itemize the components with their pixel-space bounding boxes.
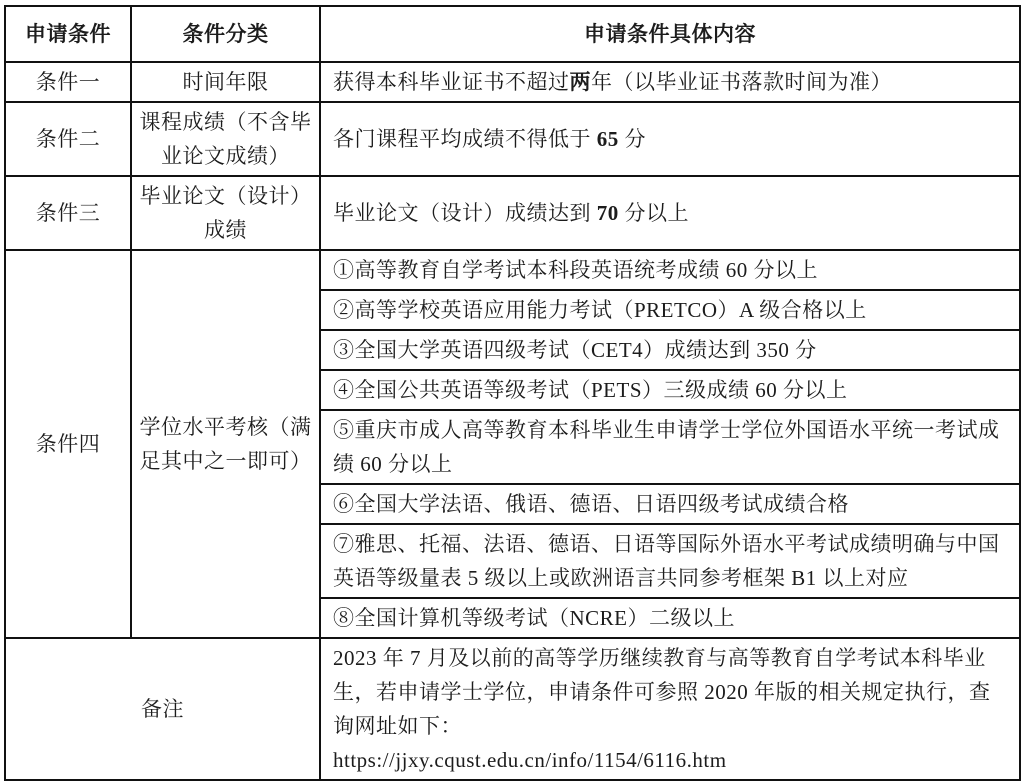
condition2-content-pre: 各门课程平均成绩不得低于 (333, 127, 597, 151)
condition2-content-post: 分 (619, 127, 646, 151)
condition4-label: 条件四 (5, 250, 131, 638)
condition3-label: 条件三 (5, 176, 131, 250)
condition2-category: 课程成绩（不含毕业论文成绩） (131, 102, 320, 176)
remark-url: https://jjxy.cqust.edu.cn/info/1154/6116… (333, 743, 1011, 777)
condition4-item-1: ①高等教育自学考试本科段英语统考成绩 60 分以上 (320, 250, 1020, 290)
application-conditions-table: 申请条件 条件分类 申请条件具体内容 条件一 时间年限 获得本科毕业证书不超过两… (4, 5, 1021, 781)
table-row: 条件三 毕业论文（设计）成绩 毕业论文（设计）成绩达到 70 分以上 (5, 176, 1020, 250)
condition2-label: 条件二 (5, 102, 131, 176)
table-row: 条件二 课程成绩（不含毕业论文成绩） 各门课程平均成绩不得低于 65 分 (5, 102, 1020, 176)
condition1-content-pre: 获得本科毕业证书不超过 (333, 70, 570, 94)
condition4-item-2: ②高等学校英语应用能力考试（PRETCO）A 级合格以上 (320, 290, 1020, 330)
document-page: 申请条件 条件分类 申请条件具体内容 条件一 时间年限 获得本科毕业证书不超过两… (0, 0, 1024, 743)
condition4-item-8: ⑧全国计算机等级考试（NCRE）二级以上 (320, 598, 1020, 638)
header-condition-category: 条件分类 (131, 6, 320, 62)
condition1-label: 条件一 (5, 62, 131, 102)
condition1-content-bold: 两 (570, 70, 592, 94)
header-condition-detail: 申请条件具体内容 (320, 6, 1020, 62)
condition2-content-bold: 65 (597, 127, 619, 151)
condition4-item-4: ④全国公共英语等级考试（PETS）三级成绩 60 分以上 (320, 370, 1020, 410)
condition4-category: 学位水平考核（满足其中之一即可） (131, 250, 320, 638)
condition3-content-pre: 毕业论文（设计）成绩达到 (333, 201, 597, 225)
condition3-category: 毕业论文（设计）成绩 (131, 176, 320, 250)
header-application-condition: 申请条件 (5, 6, 131, 62)
condition2-content: 各门课程平均成绩不得低于 65 分 (320, 102, 1020, 176)
condition3-content-post: 分以上 (619, 201, 689, 225)
condition4-item-3: ③全国大学英语四级考试（CET4）成绩达到 350 分 (320, 330, 1020, 370)
table-header-row: 申请条件 条件分类 申请条件具体内容 (5, 6, 1020, 62)
table-row: 条件一 时间年限 获得本科毕业证书不超过两年（以毕业证书落款时间为准） (5, 62, 1020, 102)
condition4-item-6: ⑥全国大学法语、俄语、德语、日语四级考试成绩合格 (320, 484, 1020, 524)
condition3-content-bold: 70 (597, 201, 619, 225)
condition3-content: 毕业论文（设计）成绩达到 70 分以上 (320, 176, 1020, 250)
condition1-content-post: 年（以毕业证书落款时间为准） (591, 70, 892, 94)
condition1-content: 获得本科毕业证书不超过两年（以毕业证书落款时间为准） (320, 62, 1020, 102)
remark-label: 备注 (5, 638, 320, 780)
condition1-category: 时间年限 (131, 62, 320, 102)
table-row: 条件四 学位水平考核（满足其中之一即可） ①高等教育自学考试本科段英语统考成绩 … (5, 250, 1020, 290)
condition4-item-5: ⑤重庆市成人高等教育本科毕业生申请学士学位外国语水平统一考试成绩 60 分以上 (320, 410, 1020, 484)
remark-text: 2023 年 7 月及以前的高等学历继续教育与高等教育自学考试本科毕业生，若申请… (333, 646, 991, 738)
table-row: 备注 2023 年 7 月及以前的高等学历继续教育与高等教育自学考试本科毕业生，… (5, 638, 1020, 780)
remark-content: 2023 年 7 月及以前的高等学历继续教育与高等教育自学考试本科毕业生，若申请… (320, 638, 1020, 780)
condition4-item-7: ⑦雅思、托福、法语、德语、日语等国际外语水平考试成绩明确与中国英语等级量表 5 … (320, 524, 1020, 598)
